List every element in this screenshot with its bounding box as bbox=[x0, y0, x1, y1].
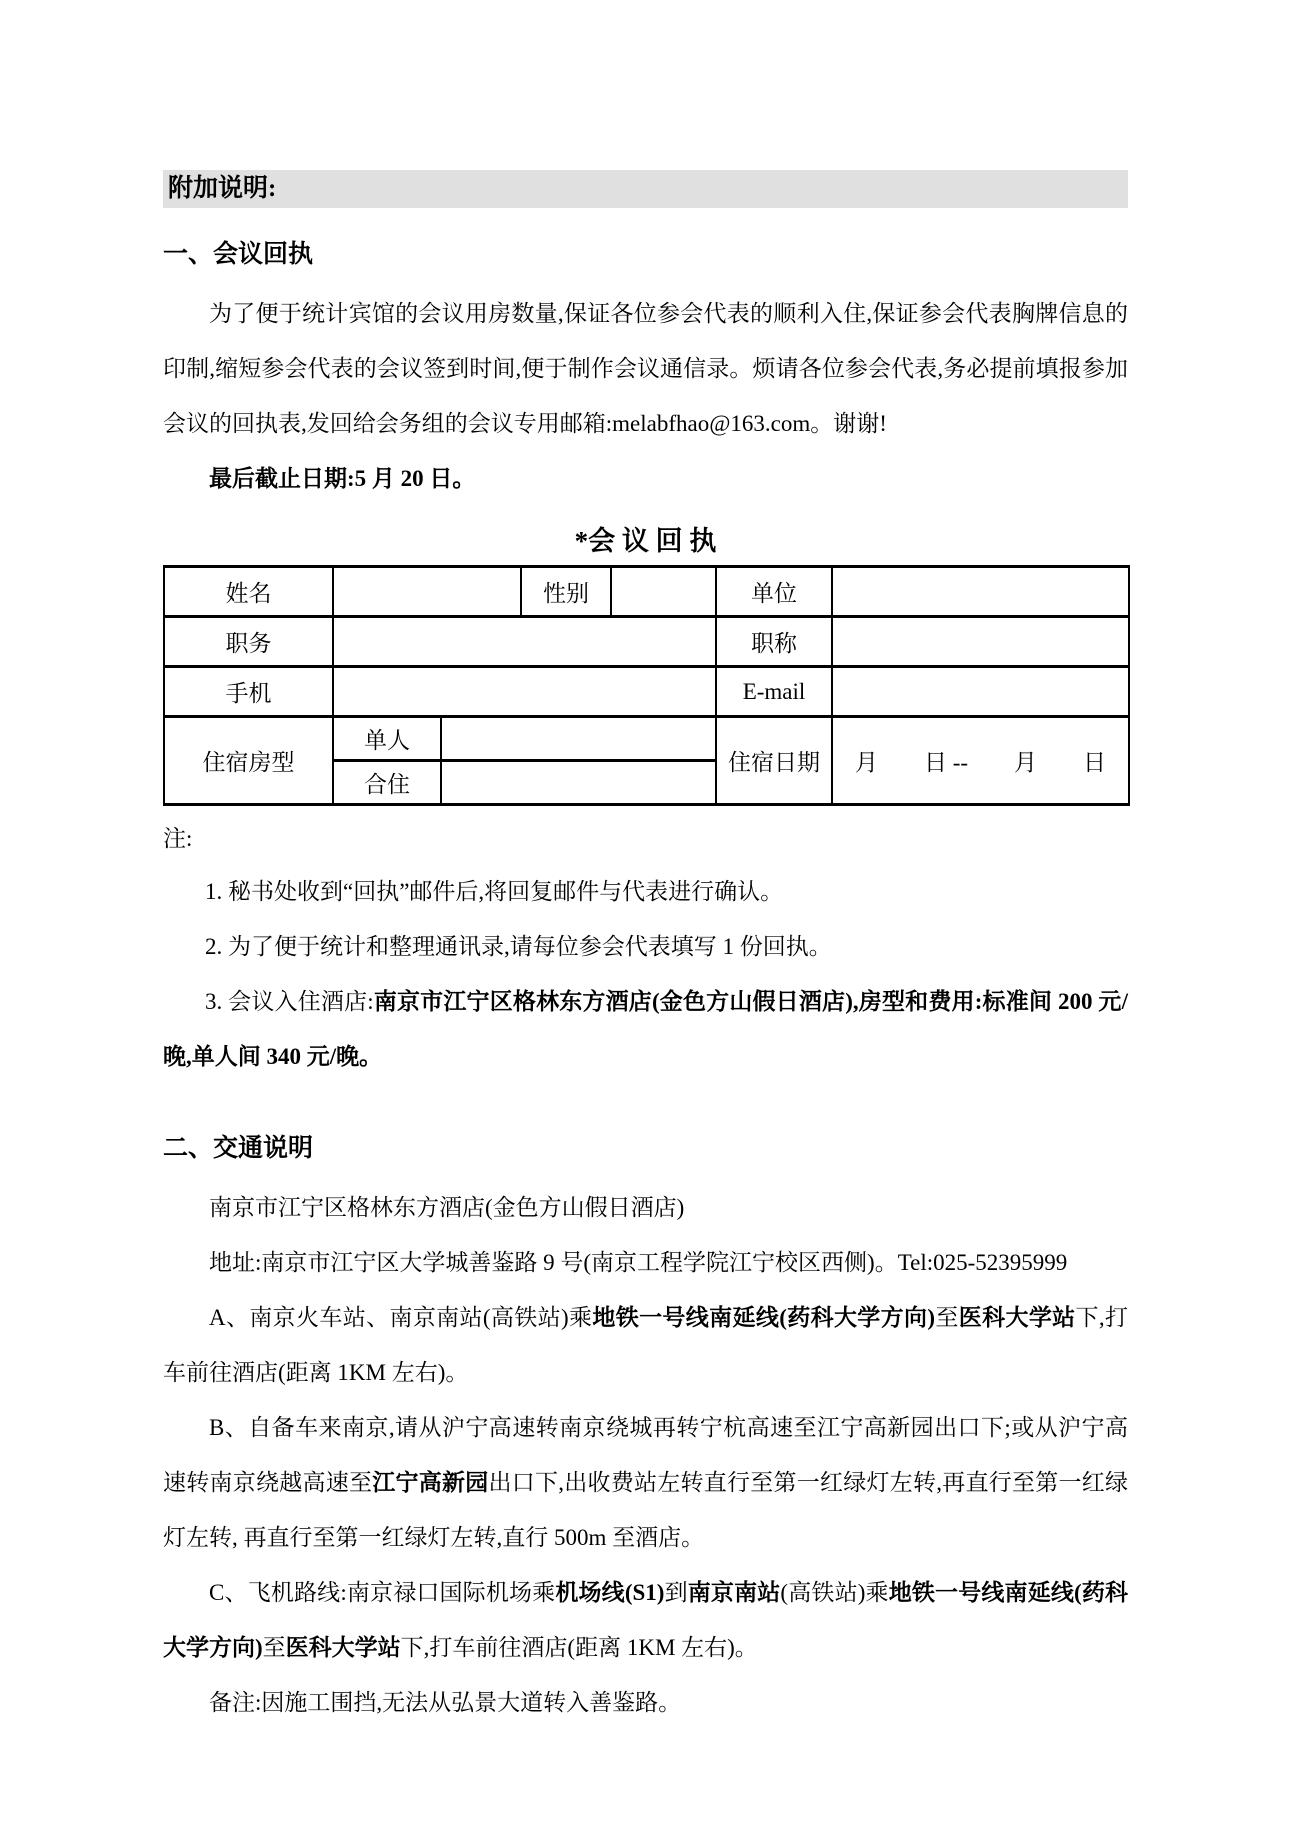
room-type-label-cell: 住宿房型 bbox=[164, 717, 333, 805]
email-value-cell bbox=[832, 667, 1129, 717]
single-room-label-cell: 单人 bbox=[333, 717, 441, 761]
position-label-cell: 职务 bbox=[164, 617, 333, 667]
shared-room-label-cell: 合住 bbox=[333, 761, 441, 805]
hotel-name-line: 南京市江宁区格林东方酒店(金色方山假日酒店) bbox=[163, 1180, 1128, 1235]
note-item-1: 1. 秘书处收到“回执”邮件后,将回复邮件与代表进行确认。 bbox=[163, 864, 1128, 919]
deadline-label: 最后截止日期: bbox=[209, 466, 355, 491]
name-value-cell bbox=[333, 567, 521, 617]
remark-line: 备注:因施工围挡,无法从弘景大道转入善鉴路。 bbox=[163, 1675, 1128, 1730]
position-value-cell bbox=[333, 617, 716, 667]
note-item-3: 3. 会议入住酒店:南京市江宁区格林东方酒店(金色方山假日酒店),房型和费用:标… bbox=[163, 974, 1128, 1084]
route-c-paragraph: C、飞机路线:南京禄口国际机场乘机场线(S1)到南京南站(高铁站)乘地铁一号线南… bbox=[163, 1565, 1128, 1675]
table-row: 手机 E-mail bbox=[164, 667, 1129, 717]
deadline-value: 5 月 20 日。 bbox=[355, 466, 476, 491]
mobile-value-cell bbox=[333, 667, 716, 717]
receipt-table-title: *会 议 回 执 bbox=[163, 520, 1128, 562]
stay-date-value-cell: 月 日 -- 月 日 bbox=[832, 717, 1129, 805]
notes-label: 注: bbox=[163, 814, 1128, 864]
route-b-paragraph: B、自备车来南京,请从沪宁高速转南京绕城再转宁杭高速至江宁高新园出口下;或从沪宁… bbox=[163, 1400, 1128, 1565]
single-room-value-cell bbox=[441, 717, 716, 761]
org-label-cell: 单位 bbox=[716, 567, 832, 617]
highlight-bar: 附加说明: bbox=[163, 170, 1128, 208]
mobile-label-cell: 手机 bbox=[164, 667, 333, 717]
org-value-cell bbox=[832, 567, 1129, 617]
deadline-line: 最后截止日期:5 月 20 日。 bbox=[163, 451, 1128, 506]
section1-heading: 一、会议回执 bbox=[163, 238, 1128, 272]
table-row: 职务 职称 bbox=[164, 617, 1129, 667]
note-item-2: 2. 为了便于统计和整理通讯录,请每位参会代表填写 1 份回执。 bbox=[163, 919, 1128, 974]
stay-date-label-cell: 住宿日期 bbox=[716, 717, 832, 805]
name-label-cell: 姓名 bbox=[164, 567, 333, 617]
shared-room-value-cell bbox=[441, 761, 716, 805]
gender-value-cell bbox=[611, 567, 716, 617]
table-row: 姓名 性别 单位 bbox=[164, 567, 1129, 617]
title-value-cell bbox=[832, 617, 1129, 667]
title-label-cell: 职称 bbox=[716, 617, 832, 667]
section2-heading: 二、交通说明 bbox=[163, 1132, 1128, 1166]
document-page: 附加说明: 一、会议回执 为了便于统计宾馆的会议用房数量,保证各位参会代表的顺利… bbox=[0, 0, 1290, 1825]
route-a-paragraph: A、南京火车站、南京南站(高铁站)乘地铁一号线南延线(药科大学方向)至医科大学站… bbox=[163, 1290, 1128, 1400]
email-label-cell: E-mail bbox=[716, 667, 832, 717]
highlight-bar-text: 附加说明: bbox=[168, 175, 276, 202]
gender-label-cell: 性别 bbox=[521, 567, 611, 617]
intro-paragraph: 为了便于统计宾馆的会议用房数量,保证各位参会代表的顺利入住,保证参会代表胸牌信息… bbox=[163, 286, 1128, 451]
table-row: 住宿房型 单人 住宿日期 月 日 -- 月 日 bbox=[164, 717, 1129, 761]
address-line: 地址:南京市江宁区大学城善鉴路 9 号(南京工程学院江宁校区西侧)。Tel:02… bbox=[163, 1235, 1128, 1290]
receipt-table: 姓名 性别 单位 职务 职称 手机 E-mail 住宿房型 单 bbox=[163, 565, 1130, 806]
